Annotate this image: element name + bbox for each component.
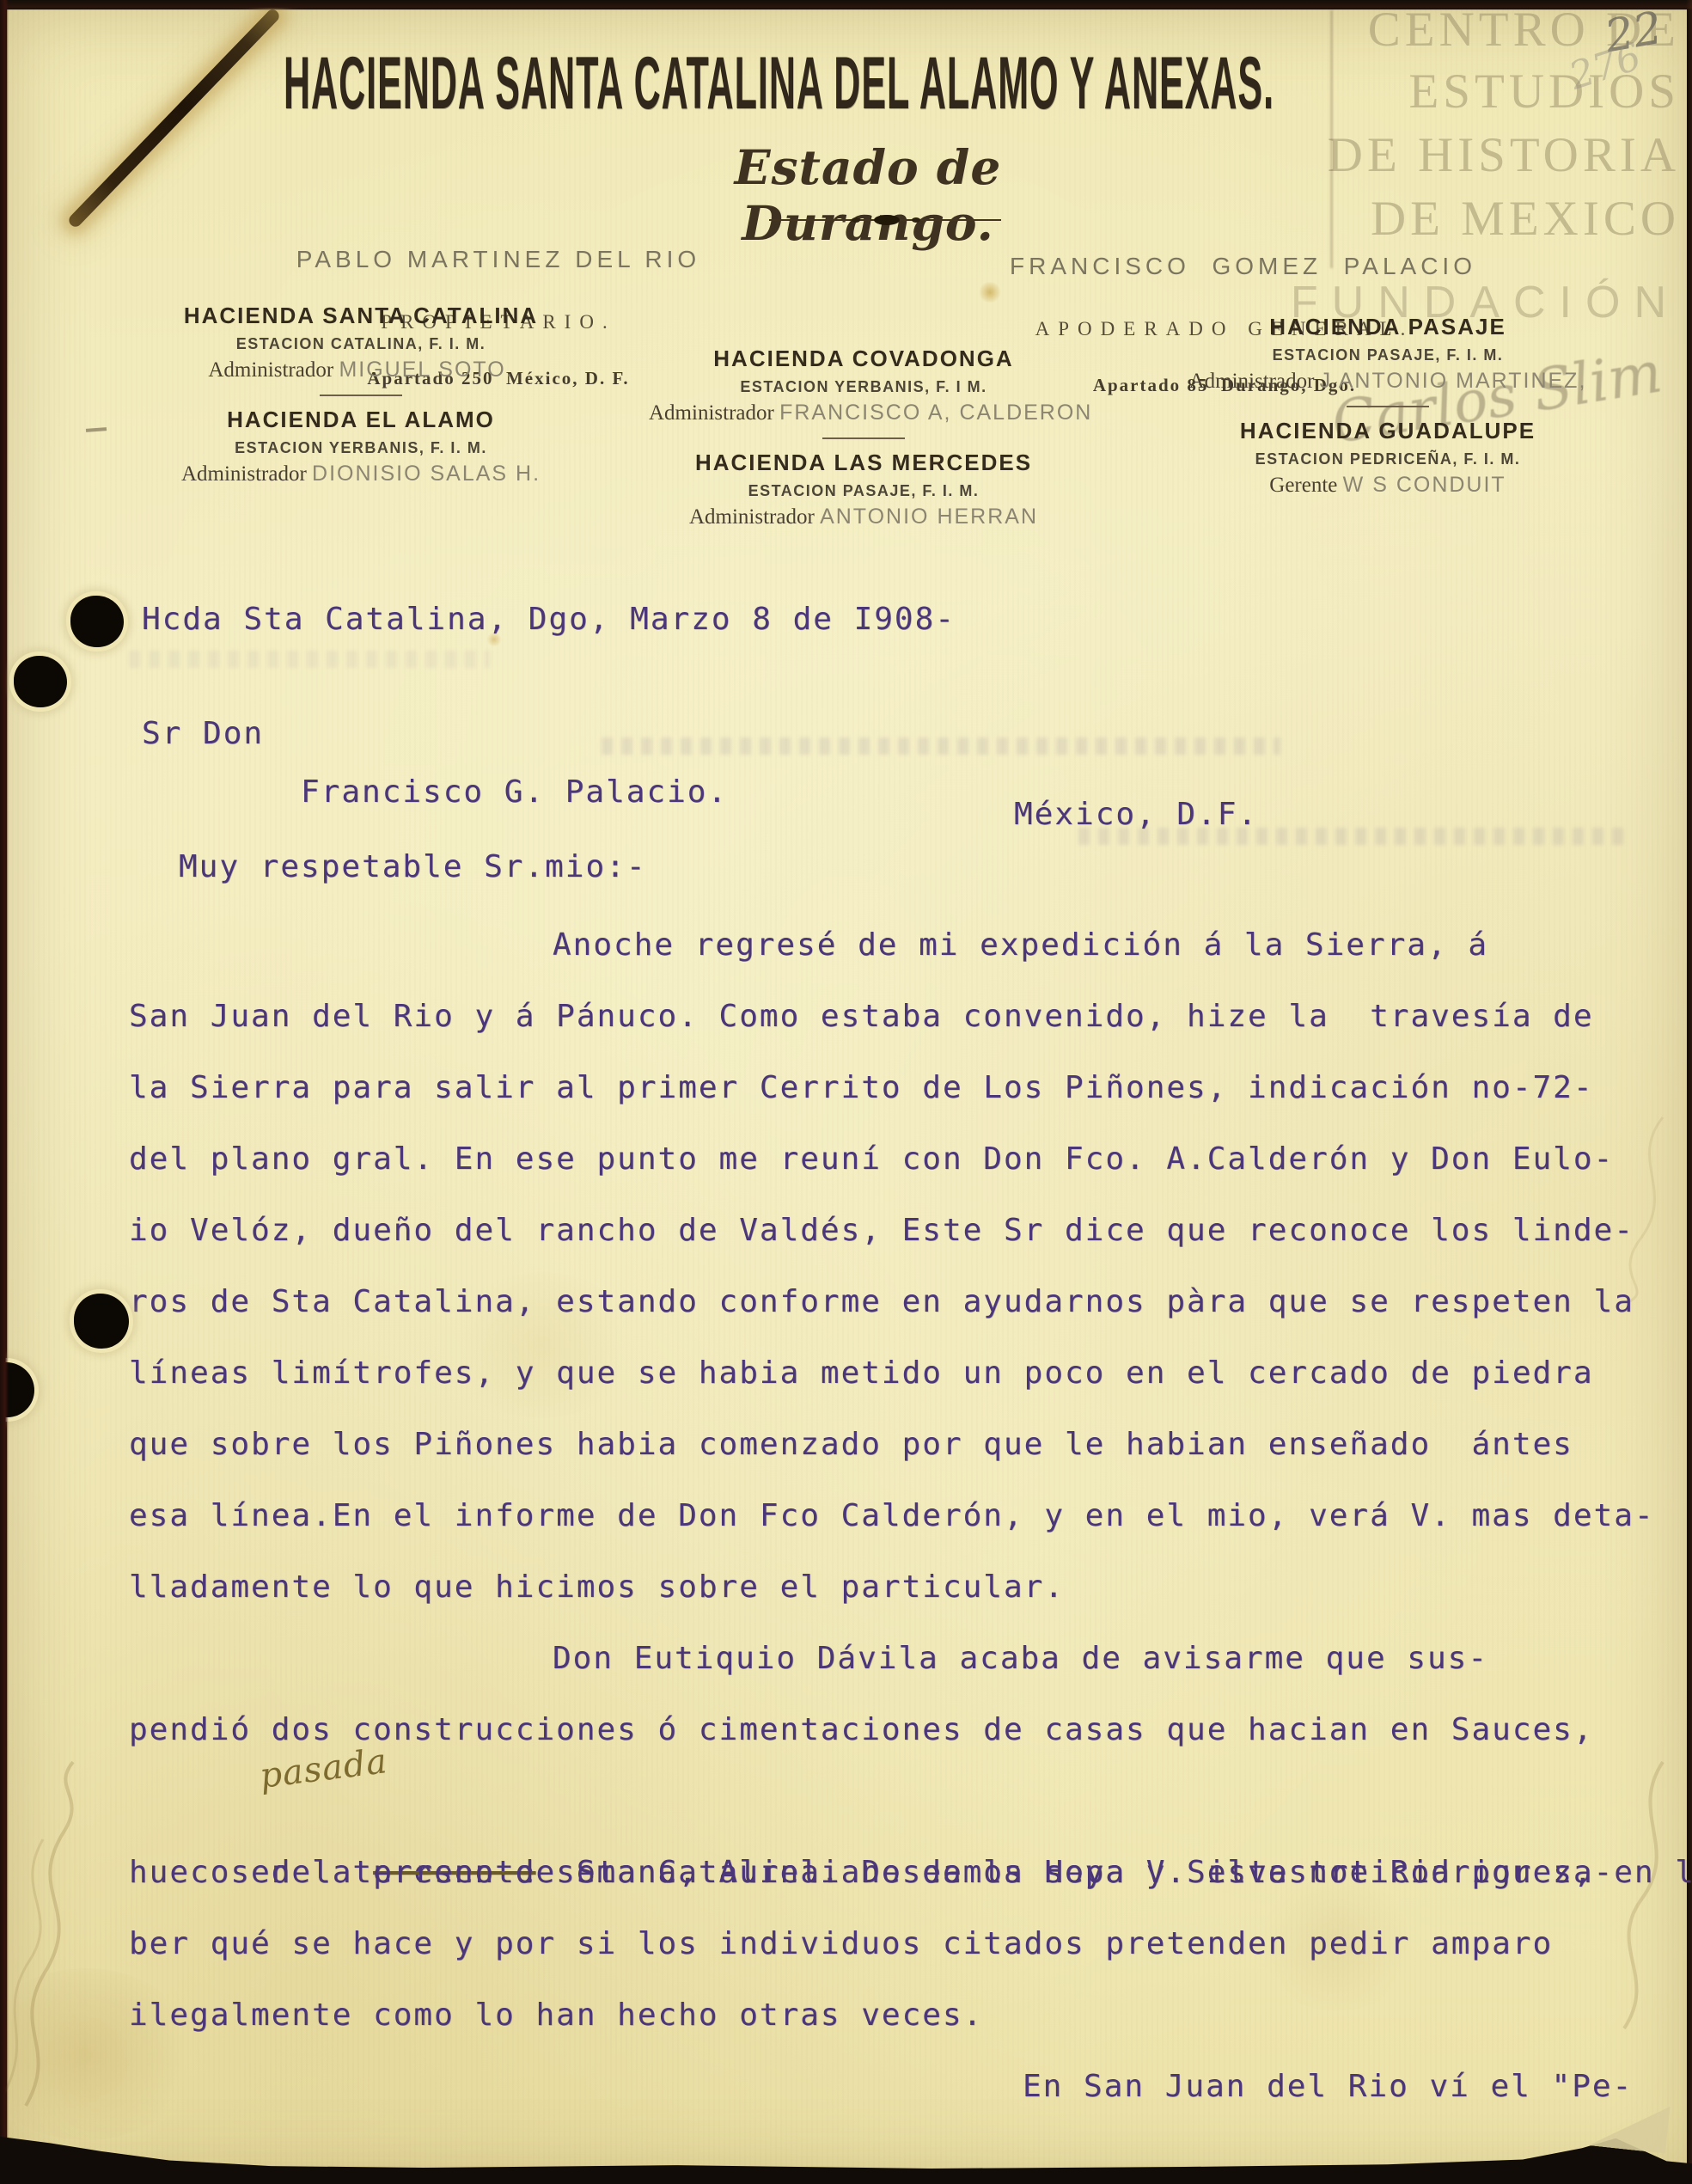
admin-person: W S CONDUIT (1343, 473, 1506, 497)
hacienda-station: ESTACION PASAJE, F. I. M. (649, 482, 1078, 500)
hacienda-station: ESTACION PEDRICEÑA, F. I. M. (1173, 450, 1603, 468)
bleed-through-marks (602, 737, 1280, 755)
hacienda-admin: Administrador DIONISIO SALAS H. (146, 462, 576, 486)
typed-line: En San Juan del Rio ví el "Pe- (129, 2051, 1689, 2122)
photo-edge-right (1686, 0, 1692, 2184)
letter-greeting: Muy respetable Sr.mio:- (179, 849, 647, 884)
ornament-dot (852, 217, 860, 223)
hacienda-admin: Gerente W S CONDUIT (1173, 473, 1603, 498)
hacienda-admin: Administrador ANTONIO HERRAN (649, 505, 1078, 529)
letter-body: Anoche regresé de mi expedición á la Sie… (129, 909, 1689, 2122)
proprietor-name: PABLO MARTINEZ DEL RIO (284, 246, 713, 273)
typed-line: ros de Sta Catalina, estando conforme en… (129, 1266, 1689, 1337)
column-divider (822, 437, 905, 439)
hacienda-station: ESTACION CATALINA, F. I. M. (146, 335, 576, 353)
archive-watermark-line: DE HISTORIA (1276, 127, 1680, 183)
typed-line: la Sierra para salir al primer Cerrito d… (129, 1052, 1689, 1123)
admin-person: J ANTONIO MARTINEZ, (1320, 369, 1587, 393)
hacienda-column-center: HACIENDA COVADONGA ESTACION YERBANIS, F.… (649, 346, 1078, 529)
typed-line: Don Eutiquio Dávila acaba de avisarme qu… (129, 1623, 1689, 1694)
typed-line: io Velóz, dueño del rancho de Valdés, Es… (129, 1195, 1689, 1266)
hacienda-name: HACIENDA SANTA CATALINA (146, 303, 576, 329)
admin-person: FRANCISCO A, CALDERON (779, 401, 1092, 425)
hacienda-name: HACIENDA COVADONGA (649, 346, 1078, 372)
ornament-bead (874, 215, 900, 225)
ornament-dot (912, 217, 920, 223)
typed-line: líneas limítrofes, y que se habia metido… (129, 1337, 1689, 1409)
punch-hole (74, 1294, 129, 1349)
hacienda-name: HACIENDA GUADALUPE (1173, 418, 1603, 444)
hacienda-station: ESTACION PASAJE, F. I. M. (1173, 346, 1603, 364)
admin-person: MIGUEL SOTO. (339, 358, 513, 382)
typed-line: que sobre los Piñones habia comenzado po… (129, 1409, 1689, 1480)
typed-line: San Juan del Rio y á Pánuco. Como estaba… (129, 981, 1689, 1052)
punch-hole (70, 596, 124, 647)
admin-person: ANTONIO HERRAN (820, 505, 1038, 529)
punch-hole (14, 656, 67, 707)
column-divider (1347, 406, 1429, 407)
column-divider (320, 395, 402, 396)
photo-edge-top (0, 0, 1692, 10)
typed-line: esa línea.En el informe de Don Fco Calde… (129, 1480, 1689, 1551)
typed-line: lladamente lo que hicimos sobre el parti… (129, 1551, 1689, 1623)
recipient-name: Francisco G. Palacio. (301, 774, 728, 810)
typed-line: del plano gral. En ese punto me reuní co… (129, 1123, 1689, 1195)
photo-edge-left (0, 0, 9, 2184)
ornament-divider (769, 213, 1001, 227)
admin-person: DIONISIO SALAS H. (312, 462, 541, 486)
hacienda-name: HACIENDA PASAJE (1173, 314, 1603, 340)
typed-line: Anoche regresé de mi expedición á la Sie… (129, 909, 1689, 981)
bleed-through-marks (129, 651, 490, 668)
letterhead-title: HACIENDA SANTA CATALINA DEL ALAMO Y ANEX… (284, 41, 1692, 126)
hacienda-column-right: HACIENDA PASAJE ESTACION PASAJE, F. I. M… (1173, 314, 1603, 498)
typed-line: ber qué se hace y por si los individuos … (129, 1908, 1689, 1979)
typed-line: ilegalmente como lo han hecho otras vece… (129, 1979, 1689, 2051)
scanned-letter-page: CENTRO DE ESTUDIOS DE HISTORIA DE MEXICO… (0, 0, 1692, 2184)
recipient-city: México, D.F. (1014, 797, 1258, 832)
hacienda-name: HACIENDA EL ALAMO (146, 407, 576, 433)
hacienda-column-left: HACIENDA SANTA CATALINA ESTACION CATALIN… (146, 303, 576, 486)
typed-line-with-correction: en la presente semana, Aureliano de la H… (129, 1765, 1689, 1837)
hacienda-name: HACIENDA LAS MERCEDES (649, 450, 1078, 476)
hacienda-admin: Administrador FRANCISCO A, CALDERON (649, 401, 1078, 425)
attorney-name: FRANCISCO GOMEZ PALACIO (1010, 253, 1439, 280)
letter-dateline: Hcda Sta Catalina, Dgo, Marzo 8 de I908- (142, 602, 956, 637)
hacienda-station: ESTACION YERBANIS, F. I. M. (146, 439, 576, 457)
hacienda-admin: Administrador MIGUEL SOTO. (146, 358, 576, 382)
hacienda-admin: Administrador J ANTONIO MARTINEZ, (1173, 369, 1603, 394)
hacienda-station: ESTACION YERBANIS, F. I M. (649, 378, 1078, 396)
typed-line: huecos del terreno de Sta Catalina. Dese… (129, 1837, 1689, 1908)
recipient-salutation: Sr Don (142, 716, 264, 751)
